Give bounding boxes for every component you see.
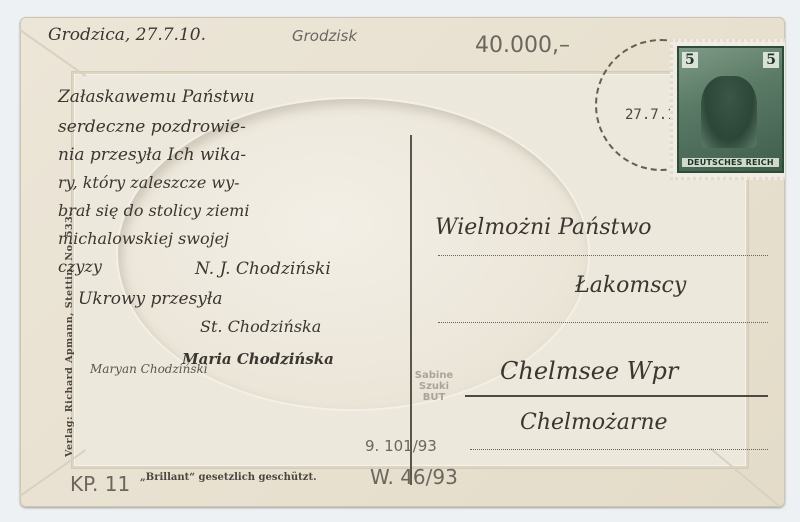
postage-stamp: 5 5 DEUTSCHES REICH: [670, 39, 785, 180]
message-line: serdeczne pozdrowie-: [58, 117, 246, 137]
stamp-value: 5: [763, 52, 779, 68]
catalog-ref: 9. 101/93: [365, 437, 437, 455]
archive-stamp-line: Szuki: [413, 381, 455, 392]
address-line: Łakomscy: [575, 273, 686, 298]
message-line: czyzy: [58, 257, 102, 276]
trademark-notice: „Brillant“ gesetzlich geschützt.: [140, 472, 317, 483]
signature: Maryan Chodziński: [90, 362, 208, 376]
message-line: brał się do stolicy ziemi: [58, 201, 249, 220]
stamp-design: 5 5 DEUTSCHES REICH: [677, 46, 784, 173]
address-line: Wielmożni Państwo: [435, 215, 652, 240]
address-line: Chelmożarne: [520, 410, 668, 435]
signature: N. J. Chodziński: [195, 259, 331, 279]
signature: St. Chodzińska: [200, 317, 321, 336]
address-line: Chelmsee Wpr: [500, 357, 678, 385]
address-dotted-line: [438, 322, 768, 323]
message-line: ry, który zaleszcze wy-: [58, 173, 240, 192]
address-dotted-line: [470, 449, 768, 450]
address-underline: [465, 395, 768, 397]
divider-line: [410, 135, 412, 485]
archive-stamp-line: BUT: [413, 392, 455, 403]
address-dotted-line: [438, 255, 768, 256]
catalog-ref: W. 46/93: [370, 465, 458, 489]
germania-figure-icon: [701, 76, 757, 148]
archive-stamp-line: Sabine: [413, 370, 455, 381]
archive-stamp: Sabine Szuki BUT: [413, 370, 455, 403]
place-date: Grodzica, 27.7.10.: [48, 25, 206, 45]
stamp-label: DEUTSCHES REICH: [682, 158, 779, 167]
greeting-line: Ukrowy przesyła: [78, 289, 223, 309]
postcard: Verlag: Richard Apmann, Stettin. No. 533…: [20, 17, 785, 507]
publisher-imprint: Verlag: Richard Apmann, Stettin. No. 533…: [64, 212, 75, 457]
message-line: nia przesyła Ich wika-: [58, 145, 246, 165]
stamp-value: 5: [682, 52, 698, 68]
pencil-place-note: Grodzisk: [292, 27, 357, 45]
message-line: michalowskiej swojej: [58, 229, 229, 248]
message-line: Załaskawemu Państwu: [58, 87, 255, 107]
catalog-code: KP. 11: [70, 472, 130, 496]
pencil-value-note: 40.000,–: [475, 33, 570, 58]
